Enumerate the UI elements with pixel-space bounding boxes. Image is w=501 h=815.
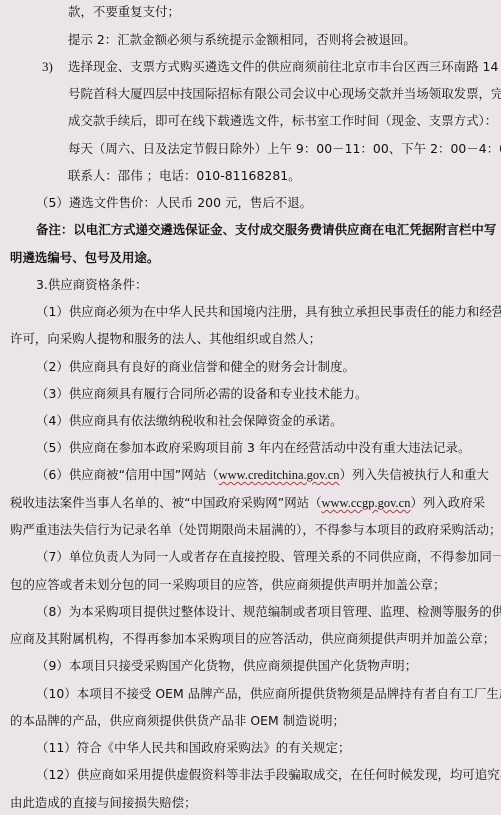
paragraph-line: 选择现金、支票方式购买遴选文件的供应商须前往北京市丰台区西三环南路 14 — [68, 59, 498, 75]
text-span: 税收违法案件当事人名单的、被“中国政府采购网”网站（ — [10, 495, 322, 510]
paragraph-line: 每天（周六、日及法定节假日除外）上午 9：00－11：00、下午 2：00－4：… — [68, 141, 501, 157]
paragraph-line: 成交款手续后，即可在线下载遴选文件，标书室工作时间（现金、支票方式）： — [68, 113, 497, 129]
paragraph-line: 应商及其附属机构，不得再参加本采购项目的应答活动，供应商须提供声明并加盖公章； — [10, 631, 495, 647]
contact-line: 联系人：邵伟 ；电话：010-81168281。 — [68, 168, 301, 184]
paragraph-line: 税收违法案件当事人名单的、被“中国政府采购网”网站（www.ccgp.gov.c… — [10, 495, 485, 511]
paragraph-line: （8）为本采购项目提供过整体设计、规范编制或者项目管理、监理、检测等服务的供 — [36, 604, 501, 620]
creditchina-link[interactable]: www.creditchina.gov.cn — [219, 468, 340, 482]
paragraph-line: （5）供应商在参加本政府采购项目前 3 年内在经营活动中没有重大违法记录。 — [36, 440, 470, 456]
paragraph-line: （2）供应商具有良好的商业信誉和健全的财务会计制度。 — [36, 359, 355, 375]
paragraph-line: （3）供应商须具有履行合同所必需的设备和专业技术能力。 — [36, 386, 367, 402]
paragraph-line: （9）本项目只接受采购国产化货物，供应商须提供国产化货物声明； — [36, 658, 417, 674]
note-line: 明遴选编号、包号及用途。 — [10, 250, 159, 266]
paragraph-line: 号院首科大厦四层中技国际招标有限公司会议中心现场交款并当场领取发票，完 — [68, 86, 501, 102]
paragraph-line: 款，不要重复支付； — [68, 4, 180, 20]
section-heading: 3.供应商资格条件： — [36, 277, 147, 293]
text-span: ）列入失信被执行人和重大 — [340, 467, 489, 482]
paragraph-line: 由此造成的直接与间接损失赔偿； — [10, 795, 197, 811]
paragraph-line: 提示 2：汇款金额必须与系统提示金额相同，否则将会被退回。 — [68, 32, 416, 48]
text-span: （6）供应商被“信用中国”网站（ — [36, 467, 219, 482]
text-span: ）列入政府采 — [410, 495, 485, 510]
paragraph-line: （4）供应商具有依法缴纳税收和社会保障资金的承诺。 — [36, 413, 343, 429]
paragraph-line: （5）遴选文件售价：人民币 200 元，售后不退。 — [36, 195, 312, 211]
note-line: 备注：以电汇方式递交遴选保证金、支付成交服务费请供应商在电汇凭据附言栏中写 — [36, 222, 496, 238]
list-number: 3) — [42, 59, 53, 75]
paragraph-line: 的本品牌的产品，供应商须提供供货产品非 OEM 制造说明； — [10, 713, 345, 729]
paragraph-line: （6）供应商被“信用中国”网站（www.creditchina.gov.cn）列… — [36, 467, 489, 483]
paragraph-line: （11）符合《中华人民共和国政府采购法》的有关规定； — [36, 740, 350, 756]
ccgp-link[interactable]: www.ccgp.gov.cn — [322, 496, 411, 510]
paragraph-line: 许可，向采购人提物和服务的法人、其他组织或自然人； — [10, 331, 321, 347]
paragraph-line: （10）本项目不接受 OEM 品牌产品，供应商所提供货物须是品牌持有者自有工厂生… — [36, 686, 501, 702]
paragraph-line: 购严重违法失信行为记录名单（处罚期限尚未届满的），不得参与本项目的政府采购活动； — [10, 522, 501, 538]
paragraph-line: （1）供应商必须为在中华人民共和国境内注册，具有独立承担民事责任的能力和经营 — [36, 304, 501, 320]
paragraph-line: （12）供应商如采用提供虚假资料等非法手段骗取成交，在任何时候发现，均可追究其 — [36, 767, 501, 783]
paragraph-line: 包的应答或者未划分包的同一采购项目的应答，供应商须提供声明并加盖公章； — [10, 577, 445, 593]
paragraph-line: （7）单位负责人为同一人或者存在直接控股、管理关系的不同供应商，不得参加同一 — [36, 549, 501, 565]
